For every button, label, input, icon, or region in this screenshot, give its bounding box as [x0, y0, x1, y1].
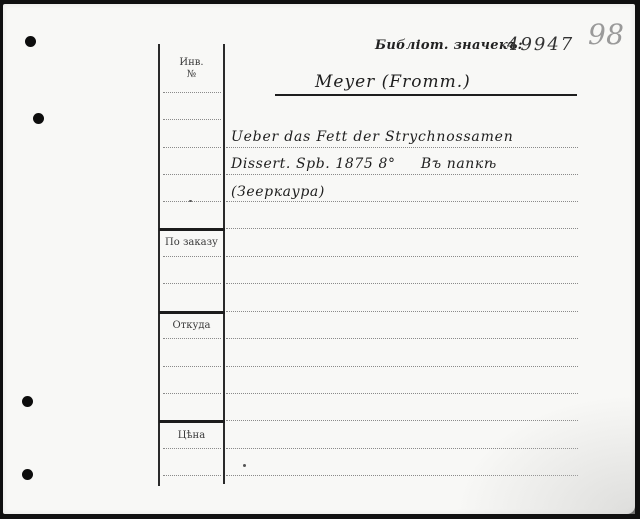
ink-speck	[243, 464, 246, 467]
section-divider	[159, 311, 225, 314]
title-line-1: Ueber das Fett der Strychnossamen	[231, 129, 514, 145]
section-label-price: Цѣна	[160, 430, 223, 441]
left-dotted-line	[163, 475, 221, 476]
punch-hole-2	[33, 113, 44, 124]
right-dotted-line	[226, 174, 578, 175]
inv-number-sign: №	[160, 69, 223, 81]
left-dotted-line	[163, 283, 221, 284]
left-dotted-line	[163, 256, 221, 257]
left-dotted-line	[163, 174, 221, 175]
right-dotted-line	[226, 256, 578, 257]
title-line-2: Dissert. Spb. 1875 8° Въ папкѣ	[231, 156, 497, 172]
left-dotted-line	[163, 92, 221, 93]
section-divider	[159, 228, 225, 231]
left-dotted-line	[163, 366, 221, 367]
left-dotted-line	[163, 119, 221, 120]
author-name: Meyer (Fromm.)	[315, 72, 471, 92]
punch-hole-4	[22, 469, 33, 480]
left-dotted-line	[163, 393, 221, 394]
right-dotted-line	[226, 228, 578, 229]
right-dotted-line	[226, 201, 578, 202]
right-dotted-line	[226, 475, 578, 476]
punch-hole-1	[25, 36, 36, 47]
left-dotted-line	[163, 338, 221, 339]
right-dotted-line	[226, 283, 578, 284]
shelf-mark-value: 49947	[507, 34, 574, 55]
right-dotted-line	[226, 393, 578, 394]
left-dotted-line	[163, 448, 221, 449]
right-dotted-line	[226, 420, 578, 421]
shelf-mark-label: Библіот. значекъ:	[375, 38, 523, 53]
author-underline	[275, 94, 577, 96]
title-line-3: (Зееркаура)	[231, 184, 325, 200]
section-divider	[159, 420, 225, 423]
inv-label-text: Инв.	[160, 57, 223, 69]
section-label-source: Откуда	[160, 320, 223, 331]
right-dotted-line	[226, 448, 578, 449]
pencil-number: 98	[588, 18, 624, 51]
left-dotted-line	[163, 147, 221, 148]
left-column-rule-inner	[223, 44, 225, 484]
right-dotted-line	[226, 147, 578, 148]
ink-speck	[189, 200, 192, 202]
right-dotted-line	[226, 366, 578, 367]
catalog-card: Библіот. значекъ: 49947 98 Meyer (Fromm.…	[3, 4, 635, 514]
right-dotted-line	[226, 311, 578, 312]
punch-hole-3	[22, 396, 33, 407]
left-dotted-line	[163, 201, 221, 202]
inv-label: Инв. №	[160, 57, 223, 81]
right-dotted-line	[226, 338, 578, 339]
section-label-by-order: По заказу	[160, 237, 223, 248]
